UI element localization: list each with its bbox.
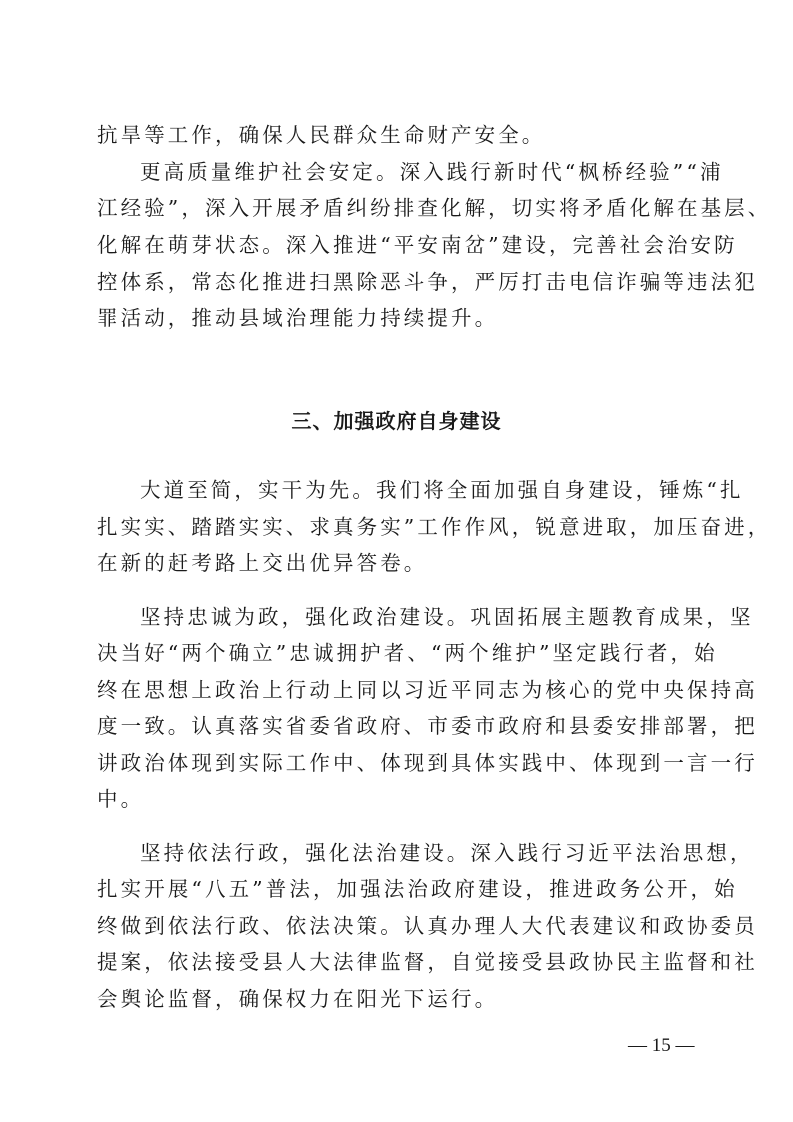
text-line: 江经验”，深入开展矛盾纠纷排查化解，切实将矛盾化解在基层、 [97,196,701,220]
text-line: 更高质量维护社会安定。深入践行新时代“枫桥经验”“浦 [140,160,701,184]
text-line: 抗旱等工作，确保人民群众生命财产安全。 [97,123,701,147]
text-line: 罪活动，推动县域治理能力持续提升。 [97,306,701,330]
text-line: 扎实开展“八五”普法，加强法治政府建设，推进政务公开，始 [97,877,701,901]
text-line: 坚持依法行政，强化法治建设。深入践行习近平法治思想， [140,841,701,865]
text-line: 扎实实、踏踏实实、求真务实”工作作风，锐意进取，加压奋进， [97,515,701,539]
text-line: 大道至简，实干为先。我们将全面加强自身建设，锤炼“扎 [140,478,701,502]
text-line: 终做到依法行政、依法决策。认真办理人大代表建议和政协委员 [97,914,701,938]
document-page: 三、加强政府自身建设 抗旱等工作，确保人民群众生命财产安全。更高质量维护社会安定… [0,0,793,1122]
text-line: 决当好“两个确立”忠诚拥护者、“两个维护”坚定践行者，始 [97,641,701,665]
text-line: 会舆论监督，确保权力在阳光下运行。 [97,987,701,1011]
text-line: 提案，依法接受县人大法律监督，自觉接受县政协民主监督和社 [97,950,701,974]
text-line: 在新的赶考路上交出优异答卷。 [97,551,701,575]
text-line: 坚持忠诚为政，强化政治建设。巩固拓展主题教育成果，坚 [140,605,701,629]
text-line: 终在思想上政治上行动上同以习近平同志为核心的党中央保持高 [97,678,701,702]
text-line: 控体系，常态化推进扫黑除恶斗争，严厉打击电信诈骗等违法犯 [97,270,701,294]
text-line: 讲政治体现到实际工作中、体现到具体实践中、体现到一言一行 [97,751,701,775]
text-line: 化解在萌芽状态。深入推进“平安南岔”建设，完善社会治安防 [97,233,701,257]
page-number: — 15 — [628,1035,695,1057]
text-line: 中。 [97,787,701,811]
text-line: 度一致。认真落实省委省政府、市委市政府和县委安排部署，把 [97,714,701,738]
section-heading: 三、加强政府自身建设 [0,405,793,434]
